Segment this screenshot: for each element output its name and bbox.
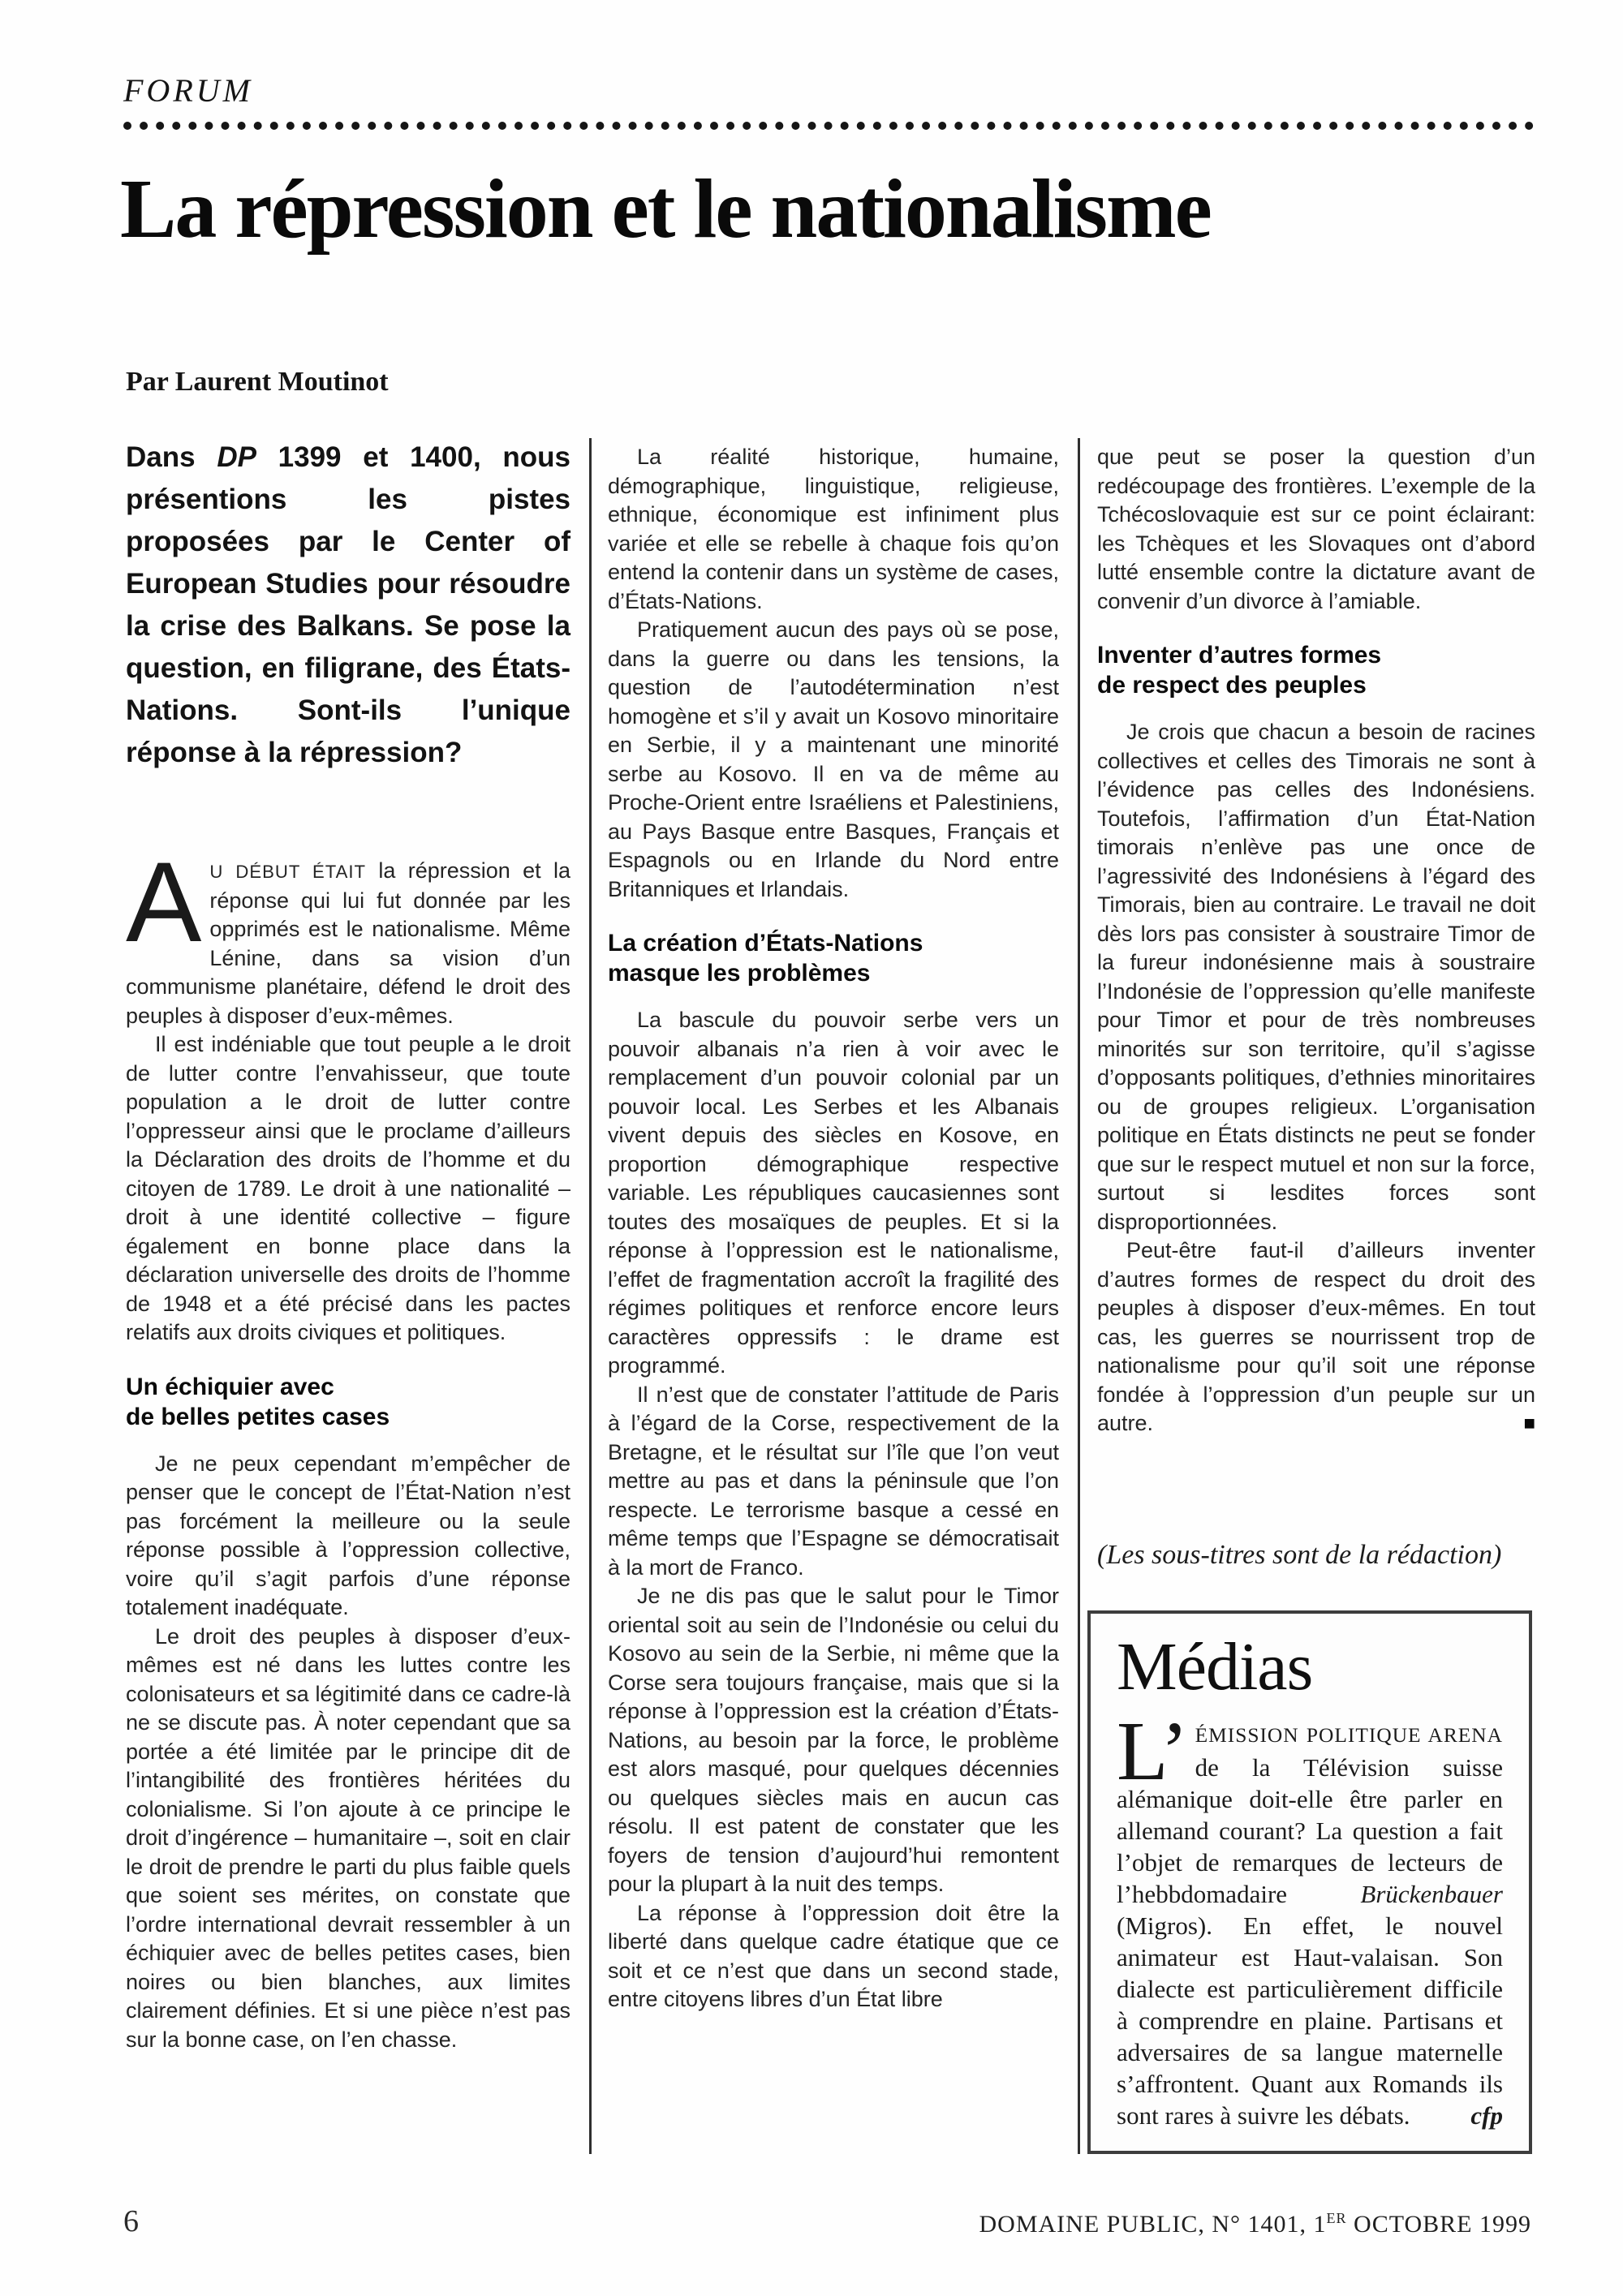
- paragraph: La réalité historique, humaine, démograp…: [608, 443, 1059, 616]
- magazine-page: FORUM La répression et le nationalisme P…: [0, 0, 1623, 2296]
- small-caps-opener: émission politique Arena: [1195, 1724, 1503, 1747]
- paragraph: Je ne dis pas que le salut pour le Timor…: [608, 1582, 1059, 1899]
- medias-title: Médias: [1117, 1632, 1503, 1703]
- medias-body: L’émission politique Arena de la Télévis…: [1117, 1718, 1503, 2131]
- lead-text-pre: Dans: [126, 441, 217, 473]
- column-rule-1: [589, 438, 592, 2154]
- journal-name-italic: Brückenbauer: [1360, 1880, 1503, 1908]
- drop-cap-l: L’: [1117, 1721, 1189, 1782]
- column-2: La réalité historique, humaine, démograp…: [608, 443, 1059, 2014]
- article-title: La répression et le nationalisme: [120, 162, 1548, 256]
- continuation-paragraph: que peut se poser la question d’un redéc…: [1097, 443, 1535, 616]
- paragraph: Pratiquement aucun des pays où se pose, …: [608, 616, 1059, 904]
- lead-paragraph: Dans DP 1399 et 1400, nous présentions l…: [126, 436, 570, 774]
- dotted-rule: [123, 122, 1534, 130]
- paragraph: Il est indéniable que tout peuple a le d…: [126, 1030, 570, 1348]
- footer-imprint: DOMAINE PUBLIC, N° 1401, 1ER OCTOBRE 199…: [979, 2210, 1531, 2238]
- paragraph: La bascule du pouvoir serbe vers un pouv…: [608, 1006, 1059, 1381]
- lead-magazine-abbrev: DP: [217, 441, 256, 473]
- paragraph: Le droit des peuples à disposer d’eux-mê…: [126, 1623, 570, 2055]
- byline: Par Laurent Moutinot: [126, 367, 389, 398]
- paragraph: Je ne peux cependant m’empêcher de pense…: [126, 1450, 570, 1623]
- column-rule-2: [1078, 438, 1080, 2154]
- author-initials: cfp: [1470, 2100, 1503, 2131]
- small-caps-opener: u début était: [209, 862, 366, 882]
- section-kicker: FORUM: [123, 71, 253, 110]
- imprint-text-end: OCTOBRE 1999: [1347, 2211, 1531, 2238]
- paragraph: Il n’est que de constater l’attitude de …: [608, 1381, 1059, 1583]
- subhead-echiquier: Un échiquier avec de belles petites case…: [126, 1372, 570, 1432]
- column-3: que peut se poser la question d’un redéc…: [1097, 443, 1535, 1438]
- paragraph: Je crois que chacun a besoin de racines …: [1097, 718, 1535, 1236]
- opening-paragraph: Au début était la répression et la répon…: [126, 857, 570, 1030]
- lead-text-post: 1399 et 1400, nous présentions les piste…: [126, 441, 570, 768]
- paragraph: La réponse à l’oppression doit être la l…: [608, 1899, 1059, 2014]
- imprint-text: DOMAINE PUBLIC, N° 1401, 1: [979, 2211, 1327, 2238]
- imprint-superscript: ER: [1327, 2210, 1347, 2226]
- editorial-note: (Les sous-titres sont de la rédaction): [1097, 1540, 1535, 1571]
- subhead-inventer-formes: Inventer d’autres formes de respect des …: [1097, 640, 1535, 700]
- page-number: 6: [123, 2204, 139, 2239]
- column-1: Au début était la répression et la répon…: [126, 857, 570, 2054]
- drop-cap-a: A: [126, 860, 201, 944]
- medias-text-end: (Migros). En effet, le nouvel animateur …: [1117, 1911, 1503, 2130]
- end-of-article-mark: ■: [1495, 1409, 1536, 1438]
- closing-paragraph-text: Peut-être faut-il d’ailleurs inventer d’…: [1097, 1238, 1535, 1435]
- closing-paragraph: Peut-être faut-il d’ailleurs inventer d’…: [1097, 1236, 1535, 1438]
- subhead-creation-etats-nations: La création d’États-Nations masque les p…: [608, 928, 1059, 988]
- medias-box: Médias L’émission politique Arena de la …: [1087, 1610, 1532, 2154]
